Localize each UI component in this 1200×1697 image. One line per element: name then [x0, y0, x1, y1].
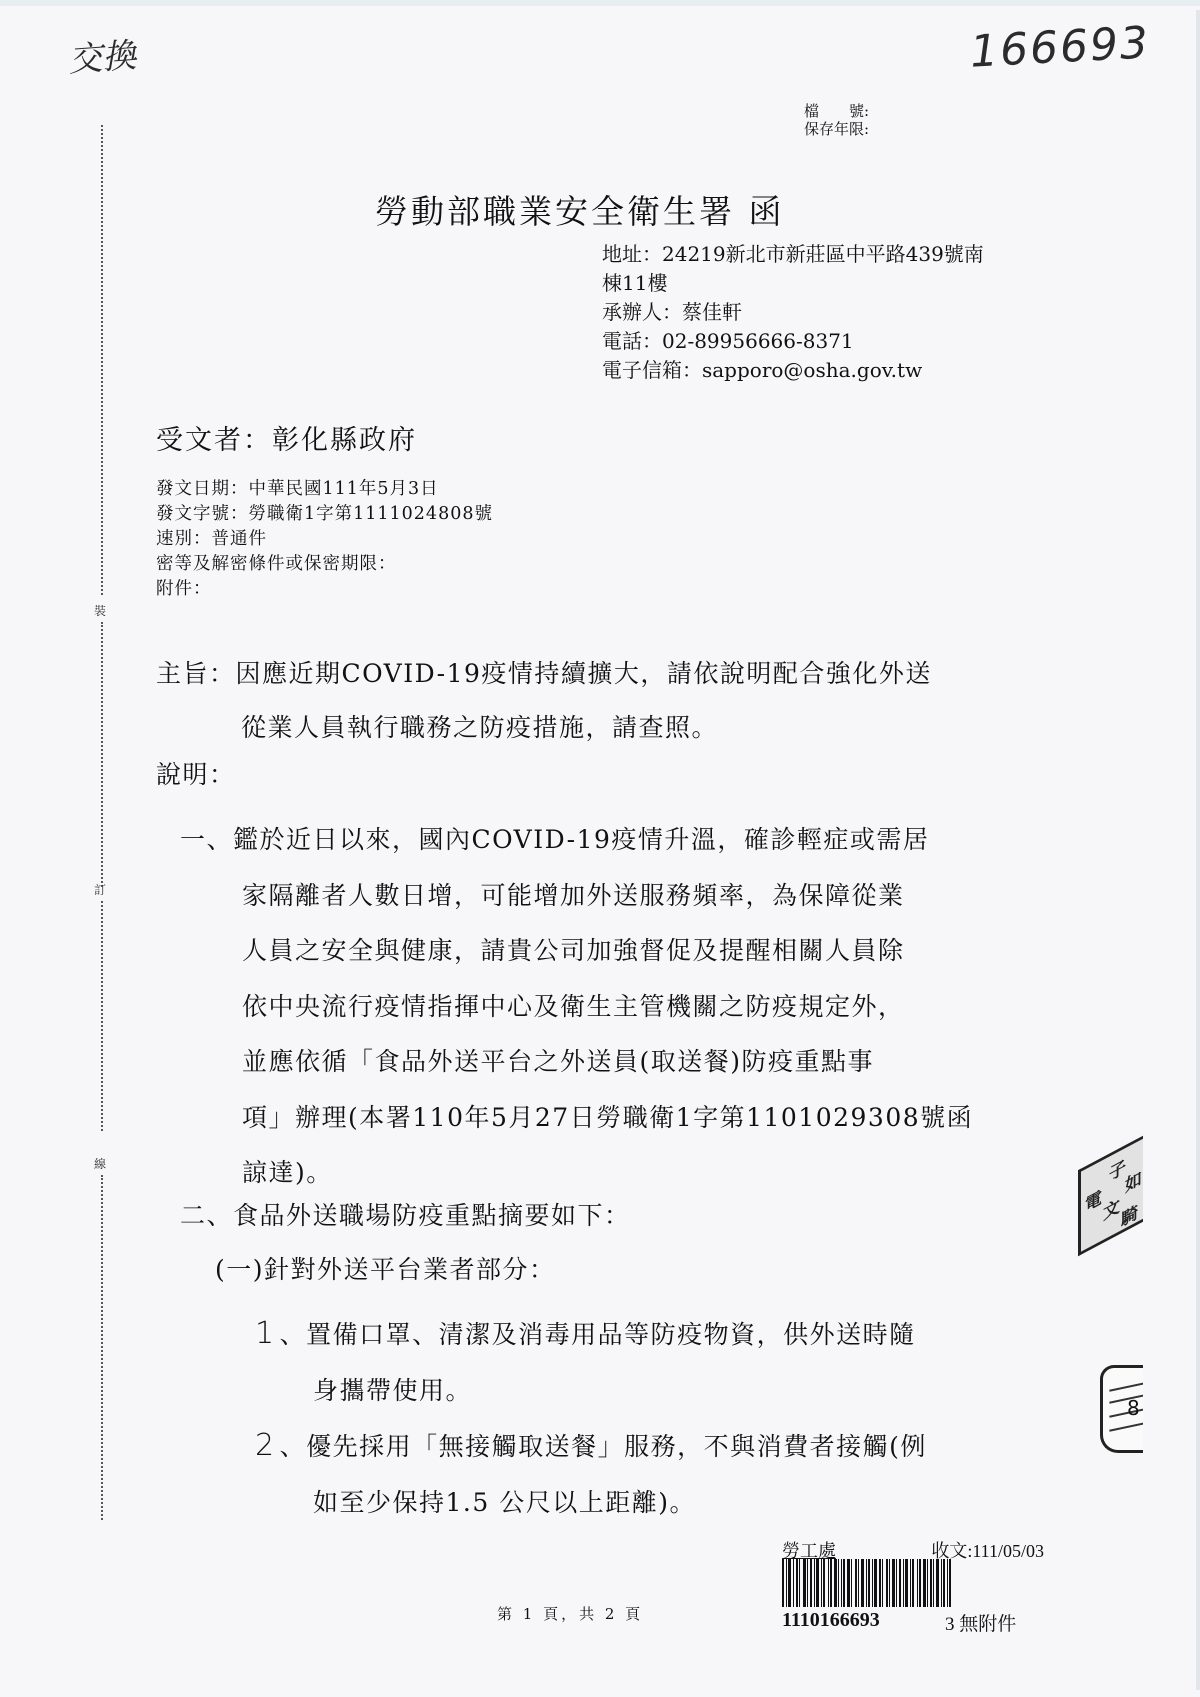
address-line-2: 棟11樓	[602, 269, 984, 298]
recipient: 受文者：彰化縣政府	[156, 418, 417, 457]
retention-label: 保存年限:	[804, 120, 869, 138]
sub-item-1-heading: (一)針對外送平台業者部分：	[215, 1250, 556, 1286]
point-2: 2、優先採用「無接觸取送餐」服務，不與消費者接觸(例 如至少保持1.5 公尺以上…	[255, 1418, 927, 1530]
page-number: 第 1 頁，共 2 頁	[497, 1603, 643, 1624]
sender-contact-block: 地址：24219新北市新莊區中平路439號南 棟11樓 承辦人：蔡佳軒 電話：0…	[602, 240, 984, 385]
archive-info: 檔 號: 保存年限:	[804, 102, 869, 138]
email: 電子信箱：sapporo@osha.gov.tw	[602, 356, 984, 385]
subject-line-1: 主旨：因應近期COVID-19疫情持續擴大，請依說明配合強化外送	[156, 647, 932, 701]
document-number: 發文字號：勞職衛1字第1111024808號	[156, 502, 493, 527]
stamp-char: 文	[1103, 1191, 1120, 1225]
item1-line: 家隔離者人數日增，可能增加外送服務頻率，為保障從業	[180, 868, 973, 924]
address-line-1: 地址：24219新北市新莊區中平路439號南	[602, 240, 984, 269]
stamp-char: 子	[1109, 1152, 1126, 1186]
point-number: 1	[255, 1316, 276, 1351]
barcode-icon	[782, 1559, 1044, 1607]
receipt-attachment-note: 3 無附件	[945, 1609, 1016, 1636]
explanation-label: 說明：	[156, 755, 236, 791]
item1-line: 人員之安全與健康，請貴公司加強督促及提醒相關人員除	[180, 923, 973, 979]
scan-right-edge	[1196, 10, 1200, 1690]
binding-dots	[101, 622, 105, 887]
stamp-char: 電	[1085, 1183, 1102, 1217]
document-title: 勞動部職業安全衛生署 函	[375, 186, 785, 233]
point-number: 2	[255, 1428, 276, 1463]
binding-dots	[101, 901, 105, 1131]
receipt-serial-number: 1110166693	[782, 1609, 880, 1632]
item1-line: 依中央流行疫情指揮中心及衛生主管機關之防疫規定外，	[180, 979, 973, 1035]
issue-date: 發文日期：中華民國111年5月3日	[156, 477, 493, 502]
item1-line: 一、鑑於近日以來，國內COVID-19疫情升溫，確診輕症或需居	[180, 812, 973, 868]
document-meta: 發文日期：中華民國111年5月3日 發文字號：勞職衛1字第1111024808號…	[156, 477, 493, 602]
binding-label-bind: 裝	[94, 602, 106, 619]
confidentiality: 密等及解密條件或保密期限：	[156, 552, 493, 577]
stamp-char: 如	[1125, 1163, 1142, 1197]
handler: 承辦人：蔡佳軒	[602, 298, 984, 327]
point-text: 、置備口罩、清潔及消毒用品等防疫物資，供外送時隨	[280, 1320, 916, 1349]
handwritten-note-left: 交換	[66, 28, 137, 82]
explanation-item-1: 一、鑑於近日以來，國內COVID-19疫情升溫，確診輕症或需居 家隔離者人數日增…	[180, 812, 973, 1201]
stamp-char: 騎	[1121, 1197, 1138, 1231]
scan-top-edge	[0, 0, 1200, 6]
point-text: 、優先採用「無接觸取送餐」服務，不與消費者接觸(例	[280, 1432, 927, 1461]
receipt-barcode-label: 勞工處 收文:111/05/03 1110166693 3 無附件	[782, 1537, 1044, 1637]
point-1: 1、置備口罩、清潔及消毒用品等防疫物資，供外送時隨 身攜帶使用。	[255, 1306, 916, 1418]
binding-line: 裝 訂 線	[96, 125, 108, 1520]
point-text-cont: 身攜帶使用。	[255, 1363, 916, 1419]
subject: 主旨：因應近期COVID-19疫情持續擴大，請依說明配合強化外送 從業人員執行職…	[156, 647, 932, 755]
seal-stamp-icon: 8	[1100, 1365, 1143, 1453]
file-number-label: 檔 號:	[804, 102, 869, 120]
binding-dots	[101, 125, 105, 595]
phone: 電話：02-89956666-8371	[602, 327, 984, 356]
speed-class: 速別：普通件	[156, 527, 493, 552]
attachments: 附件：	[156, 577, 493, 602]
item1-line: 並應依循「食品外送平台之外送員(取送餐)防疫重點事	[180, 1034, 973, 1090]
point-text-cont: 如至少保持1.5 公尺以上距離)。	[255, 1475, 927, 1531]
binding-label-staple: 訂	[94, 881, 106, 898]
handwritten-note-right: 166693	[969, 17, 1151, 77]
subject-line-2: 從業人員執行職務之防疫措施，請查照。	[156, 701, 932, 755]
item1-line: 諒達)。	[180, 1145, 973, 1201]
item1-line: 項」辦理(本署110年5月27日勞職衛1字第1101029308號函	[180, 1090, 973, 1146]
explanation-item-2-heading: 二、食品外送職場防疫重點摘要如下：	[180, 1196, 631, 1232]
binding-label-line: 線	[94, 1155, 106, 1172]
electronic-document-stamp: 子 如 電 文 騎	[1078, 1136, 1143, 1257]
binding-dots	[101, 1175, 105, 1520]
